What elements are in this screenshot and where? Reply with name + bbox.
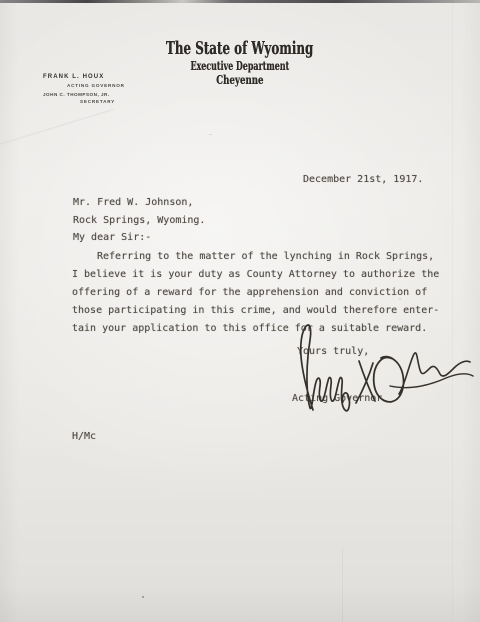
recipient-name: Mr. Fred W. Johnson, [73, 197, 193, 208]
recipient-address: Rock Springs, Wyoming. [73, 215, 205, 226]
letter-page: The State of Wyoming Executive Departmen… [0, 0, 480, 622]
body-line: offering of a reward for the apprehensio… [72, 287, 427, 298]
salutation: My dear Sir:- [73, 232, 151, 243]
paper-speck [399, 298, 401, 300]
letterhead-city: Cheyenne [216, 73, 263, 87]
official-governor-name: FRANK L. HOUX [43, 74, 125, 80]
letterhead-department: Executive Department [191, 59, 290, 73]
official-secretary-name: JOHN C. THOMPSON, JR. [43, 92, 125, 97]
body-line: I believe it is your duty as County Atto… [72, 269, 439, 280]
letterhead-officials: FRANK L. HOUX ACTING GOVERNOR JOHN C. TH… [43, 74, 125, 104]
paper-speck [142, 596, 144, 598]
letter-date: December 21st, 1917. [303, 174, 423, 185]
official-secretary-title: SECRETARY [80, 99, 125, 104]
scan-edge-strip [0, 0, 480, 3]
paper-fold-line [452, 0, 453, 622]
paper-fold-line [342, 548, 343, 622]
letterhead-state-title: The State of Wyoming [166, 38, 313, 59]
typist-initials: H/Mc [72, 431, 96, 442]
official-governor-title: ACTING GOVERNOR [67, 83, 125, 88]
paper-crease [0, 109, 113, 148]
body-line: Referring to the matter of the lynching … [97, 251, 434, 262]
paper-speck [209, 134, 212, 135]
signature-frank-l-houx [280, 312, 480, 420]
